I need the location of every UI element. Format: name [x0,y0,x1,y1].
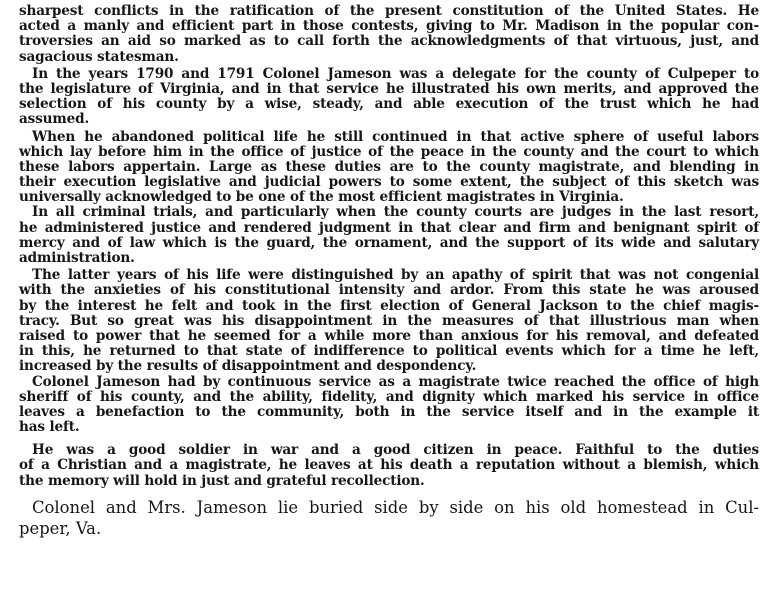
text-line: these labors appertain. Large as these d… [19,160,759,175]
text-line: acted a manly and efficient part in thos… [19,19,759,34]
text-line: their execution legislative and judicial… [19,175,759,190]
text-line: in this, he returned to that state of in… [19,344,759,359]
text-line: tracy. But so great was his disappointme… [19,314,759,329]
text-line: by the interest he felt and took in the … [19,299,759,314]
text-line: sagacious statesman. [19,50,759,65]
text-line: In the years 1790 and 1791 Colonel James… [19,67,759,82]
text-line: He was a good soldier in war and a good … [19,443,759,458]
text-line: sheriff of his county, and the ability, … [19,390,759,405]
text-line: of a Christian and a magistrate, he leav… [19,458,759,473]
text-line: has left. [19,420,759,435]
text-line: Colonel Jameson had by continuous servic… [19,375,759,390]
text-line: leaves a benefaction to the community, b… [19,405,759,420]
paragraph-delegate: In the years 1790 and 1791 Colonel James… [19,67,759,128]
text-line: the memory will hold in just and gratefu… [19,474,759,489]
text-line: administration. [19,251,759,266]
text-line: increased by the results of disappointme… [19,359,759,374]
text-line: assumed. [19,112,759,127]
paragraph-good-soldier: He was a good soldier in war and a good … [19,443,759,489]
paragraph-ratification: sharpest conflicts in the ratification o… [19,4,759,65]
text-line: he administered justice and rendered jud… [19,221,759,236]
text-line: mercy and of law which is the guard, the… [19,236,759,251]
text-line: The latter years of his life were distin… [19,268,759,283]
text-line: sharpest conflicts in the ratification o… [19,4,759,19]
paragraph-criminal-trials: In all criminal trials, and particularly… [19,205,759,266]
text-line: When he abandoned political life he stil… [19,130,759,145]
paragraph-magistrate: When he abandoned political life he stil… [19,130,759,206]
text-line: In all criminal trials, and particularly… [19,205,759,220]
paragraph-burial: Colonel and Mrs. Jameson lie buried side… [19,497,759,539]
text-line: raised to power that he seemed for a whi… [19,329,759,344]
paragraph-high-sheriff: Colonel Jameson had by continuous servic… [19,375,759,436]
text-line: selection of his county by a wise, stead… [19,97,759,112]
text-line: troversies an aid so marked as to call f… [19,34,759,49]
text-line: which lay before him in the office of ju… [19,145,759,160]
text-line: peper, Va. [19,518,759,539]
paragraph-latter-years: The latter years of his life were distin… [19,268,759,374]
document-page: sharpest conflicts in the ratification o… [19,4,759,539]
text-line: Colonel and Mrs. Jameson lie buried side… [19,497,759,518]
text-line: universally acknowledged to be one of th… [19,190,759,205]
text-line: the legislature of Virginia, and in that… [19,82,759,97]
text-line: with the anxieties of his constitutional… [19,283,759,298]
